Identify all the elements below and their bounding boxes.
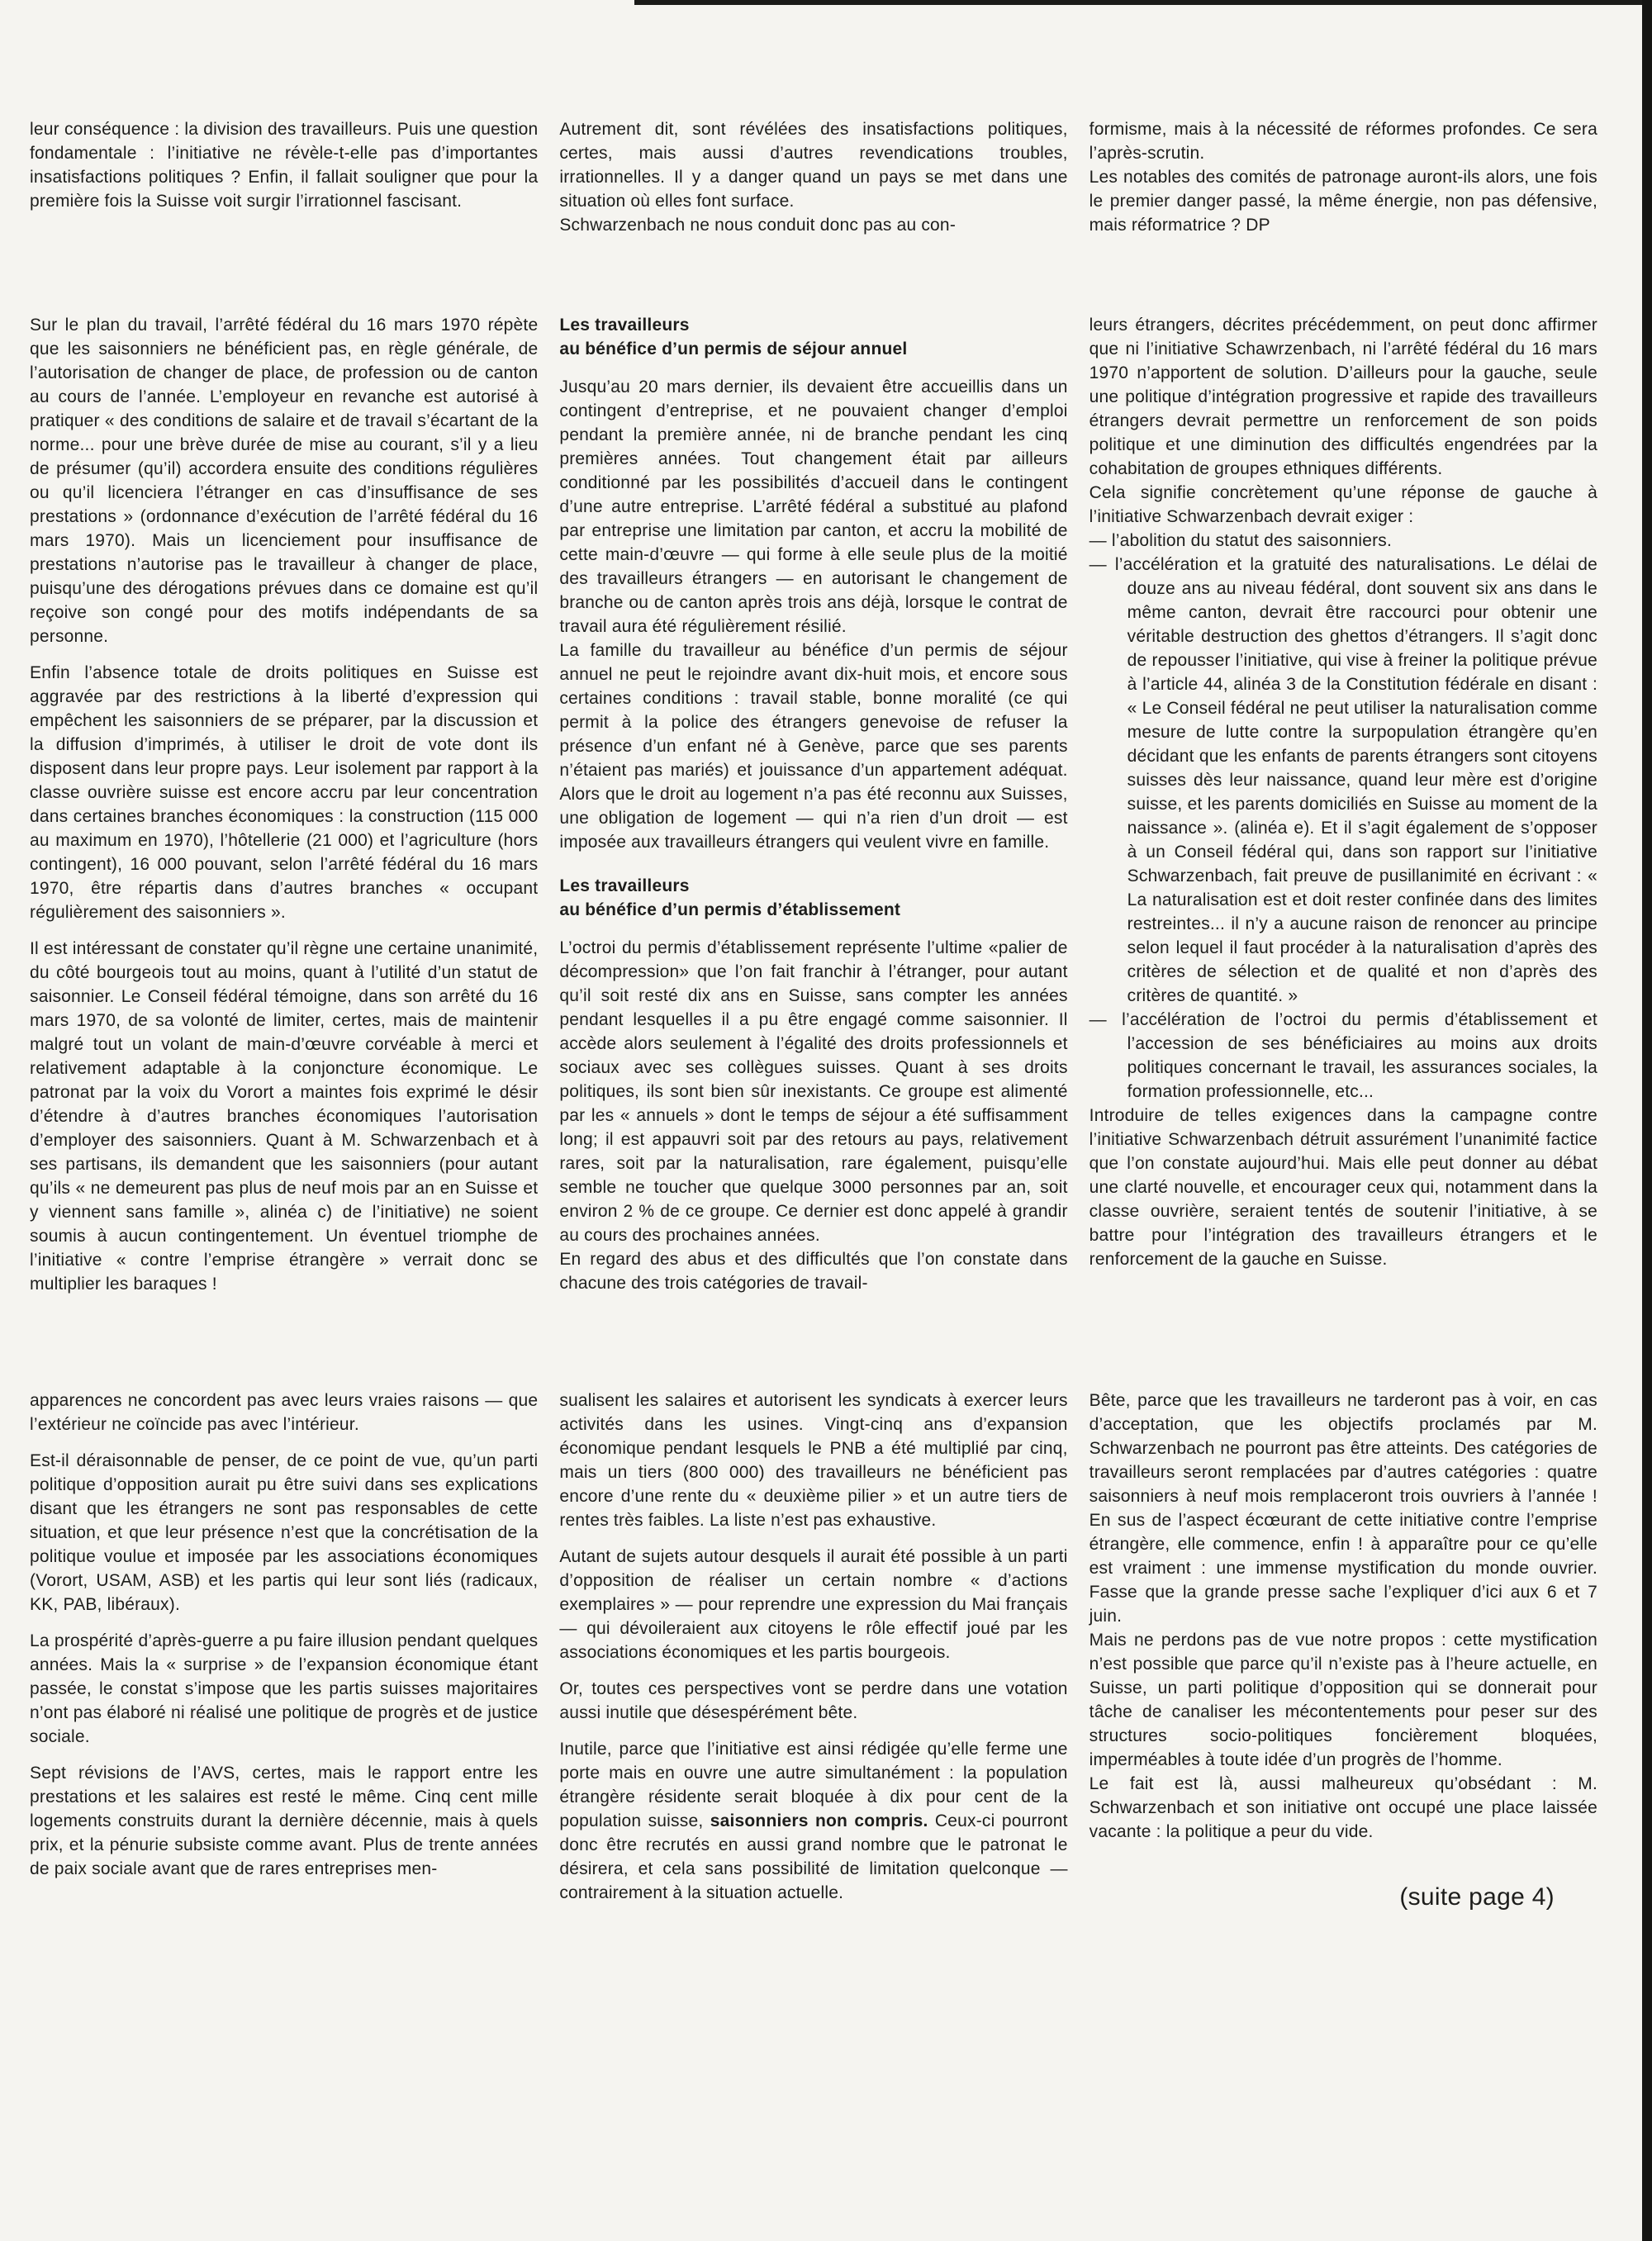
continuation-note: (suite page 4)	[1089, 1883, 1597, 1911]
bottom-column-1: apparences ne concordent pas avec leurs …	[30, 1389, 538, 1881]
article-paragraph: L’octroi du permis d’établissement repré…	[559, 936, 1067, 1247]
article-paragraph: apparences ne concordent pas avec leurs …	[30, 1389, 538, 1436]
article-paragraph: Bête, parce que les travailleurs ne tard…	[1089, 1389, 1597, 1628]
article-paragraph: Sept révisions de l’AVS, certes, mais le…	[30, 1761, 538, 1881]
demand-list-item: — l’accélération de l’octroi du permis d…	[1089, 1008, 1597, 1104]
scan-edge-top	[634, 0, 1652, 5]
article-paragraph: La prospérité d’après-guerre a pu faire …	[30, 1629, 538, 1749]
article-paragraph-with-emphasis: Inutile, parce que l’initiative est ains…	[559, 1737, 1067, 1905]
newspaper-page: leur conséquence : la division des trava…	[0, 0, 1652, 1911]
article-paragraph-with-byline: Les notables des comités de patronage au…	[1089, 165, 1597, 237]
article-paragraph: Est-il déraisonnable de penser, de ce po…	[30, 1449, 538, 1617]
heading-line: au bénéfice d’un permis de séjour annuel	[559, 337, 1067, 361]
article-paragraph: leur conséquence : la division des trava…	[30, 117, 538, 213]
heading-line: Les travailleurs	[559, 874, 1067, 898]
top-column-1: leur conséquence : la division des trava…	[30, 117, 538, 213]
article-paragraph: La famille du travailleur au bénéfice d’…	[559, 639, 1067, 854]
article-paragraph: formisme, mais à la nécessité de réforme…	[1089, 117, 1597, 165]
article-paragraph: Autant de sujets autour desquels il aura…	[559, 1545, 1067, 1664]
middle-column-3: leurs étrangers, décrites précédemment, …	[1089, 313, 1597, 1271]
article-paragraph: leurs étrangers, décrites précédemment, …	[1089, 313, 1597, 481]
article-paragraph: Enfin l’absence totale de droits politiq…	[30, 661, 538, 924]
heading-line: au bénéfice d’un permis d’établissement	[559, 898, 1067, 922]
scan-edge-right	[1642, 0, 1652, 2241]
middle-section: Sur le plan du travail, l’arrêté fédéral…	[30, 313, 1597, 1296]
middle-column-1: Sur le plan du travail, l’arrêté fédéral…	[30, 313, 538, 1296]
article-paragraph: Autrement dit, sont révélées des insatis…	[559, 117, 1067, 213]
heading-line: Les travailleurs	[559, 313, 1067, 337]
top-section: leur conséquence : la division des trava…	[30, 117, 1597, 237]
article-paragraph: Sur le plan du travail, l’arrêté fédéral…	[30, 313, 538, 648]
article-paragraph: Schwarzenbach ne nous conduit donc pas a…	[559, 213, 1067, 237]
article-paragraph: Introduire de telles exigences dans la c…	[1089, 1104, 1597, 1271]
article-paragraph: Mais ne perdons pas de vue notre propos …	[1089, 1628, 1597, 1772]
bottom-section: apparences ne concordent pas avec leurs …	[30, 1389, 1597, 1911]
article-paragraph: sualisent les salaires et autorisent les…	[559, 1389, 1067, 1532]
bottom-column-2: sualisent les salaires et autorisent les…	[559, 1389, 1067, 1905]
article-paragraph: Il est intéressant de constater qu’il rè…	[30, 937, 538, 1296]
subsection-heading-sejour-annuel: Les travailleurs au bénéfice d’un permis…	[559, 313, 1067, 361]
demand-list-item: — l’accélération et la gratuité des natu…	[1089, 553, 1597, 1008]
bottom-column-3: Bête, parce que les travailleurs ne tard…	[1089, 1389, 1597, 1911]
article-paragraph: En regard des abus et des difficultés qu…	[559, 1247, 1067, 1295]
subsection-heading-etablissement: Les travailleurs au bénéfice d’un permis…	[559, 874, 1067, 922]
article-paragraph: Or, toutes ces perspectives vont se perd…	[559, 1677, 1067, 1725]
top-column-3: formisme, mais à la nécessité de réforme…	[1089, 117, 1597, 237]
article-paragraph: Le fait est là, aussi malheureux qu’obsé…	[1089, 1772, 1597, 1844]
demand-list-item: — l’abolition du statut des saisonniers.	[1089, 529, 1597, 553]
article-paragraph: Cela signifie concrètement qu’une répons…	[1089, 481, 1597, 529]
emphasized-text: saisonniers non compris.	[710, 1811, 928, 1830]
middle-column-2: Les travailleurs au bénéfice d’un permis…	[559, 313, 1067, 1295]
article-paragraph: Jusqu’au 20 mars dernier, ils devaient ê…	[559, 375, 1067, 639]
top-column-2: Autrement dit, sont révélées des insatis…	[559, 117, 1067, 237]
